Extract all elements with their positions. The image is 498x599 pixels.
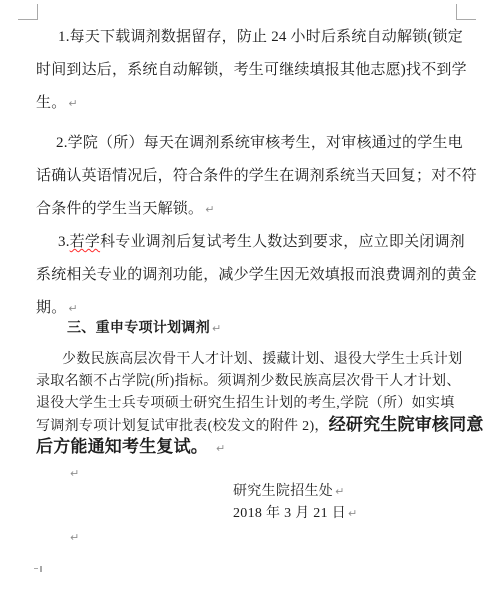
paragraph-3-line-3: 期。↵ [36,299,496,318]
heading-text: 三、重申专项计划调剂 [67,321,210,336]
misspelled-text-underline: 若学 [70,234,100,250]
paragraph-4-line-1: 少数民族高层次骨干人才计划、援藏计划、退役大学生士兵计划 [36,351,498,368]
line-text: 生。 [36,95,66,111]
paragraph-mark: ↵ [335,485,345,498]
signature-department: 研究生院招生处↵ [233,483,498,500]
line-text: 合条件的学生当天解锁。 [36,201,203,217]
paragraph-1-line-3: 生。↵ [36,94,496,113]
empty-paragraph-mark: ↵ [70,531,79,544]
paragraph-1-line-1: 1.每天下载调剂数据留存，防止 24 小时后系统自动解锁(锁定 [36,28,498,46]
paragraph-mark: ↵ [68,97,77,110]
paragraph-4-line-2: 录取名额不占学院(所)指标。须调剂少数民族高层次骨干人才计划、 [36,373,496,390]
margin-mark-top-left-horizontal [18,19,38,20]
paragraph-4-line-5: 后方能通知考生复试。↵ [36,437,496,458]
emphasized-text: 经研究生院审核同意 [329,415,484,434]
paragraph-mark: ↵ [68,302,77,315]
paragraph-mark: ↵ [212,322,222,335]
margin-mark-bottom-left-vertical [40,566,42,572]
paragraph-2-line-2: 话确认英语情况后，符合条件的学生在调剂系统当天回复；对不符 [36,167,496,185]
signature-date: 2018 年 3 月 21 日↵ [233,505,498,522]
paragraph-2-line-3: 合条件的学生当天解锁。↵ [36,200,496,219]
emphasized-text: 后方能通知考生复试。 [36,437,208,456]
section-heading: 三、重申专项计划调剂↵ [36,320,498,337]
margin-mark-top-right-horizontal [456,19,476,20]
paragraph-1-line-2: 时间到达后，系统自动解锁，考生可继续填报其他志愿)找不到学 [36,61,496,79]
margin-mark-top-right-vertical [456,4,457,19]
paragraph-mark: ↵ [216,442,225,455]
line-text: 2018 年 3 月 21 日 [233,506,346,521]
paragraph-mark: ↵ [205,203,214,216]
paragraph-mark: ↵ [348,507,358,520]
paragraph-3-line-1: 3.若学科专业调剂后复试考生人数达到要求，应立即关闭调剂 [36,233,498,251]
line-text: 科专业调剂后复试考生人数达到要求，应立即关闭调剂 [100,234,465,250]
paragraph-2-line-1: 2.学院（所）每天在调剂系统审核考生，对审核通过的学生电 [36,134,498,152]
line-text: 期。 [36,300,66,316]
margin-mark-bottom-left-horizontal [34,568,38,569]
line-text: 写调剂专项计划复试审批表(校发文的附件 2)， [36,419,329,434]
line-text: 研究生院招生处 [233,484,333,499]
paragraph-4-line-4: 写调剂专项计划复试审批表(校发文的附件 2)，经研究生院审核同意 [36,415,496,436]
empty-paragraph-mark: ↵ [70,467,79,480]
paragraph-4-line-3: 退役大学生士兵专项硕士研究生招生计划的考生,学院（所）如实填 [36,395,496,412]
margin-mark-top-left-vertical [37,4,38,19]
list-number: 3. [58,234,70,250]
document-page: 1.每天下载调剂数据留存，防止 24 小时后系统自动解锁(锁定 时间到达后，系统… [0,0,498,599]
paragraph-3-line-2: 系统相关专业的调剂功能，减少学生因无效填报而浪费调剂的黄金 [36,266,496,284]
